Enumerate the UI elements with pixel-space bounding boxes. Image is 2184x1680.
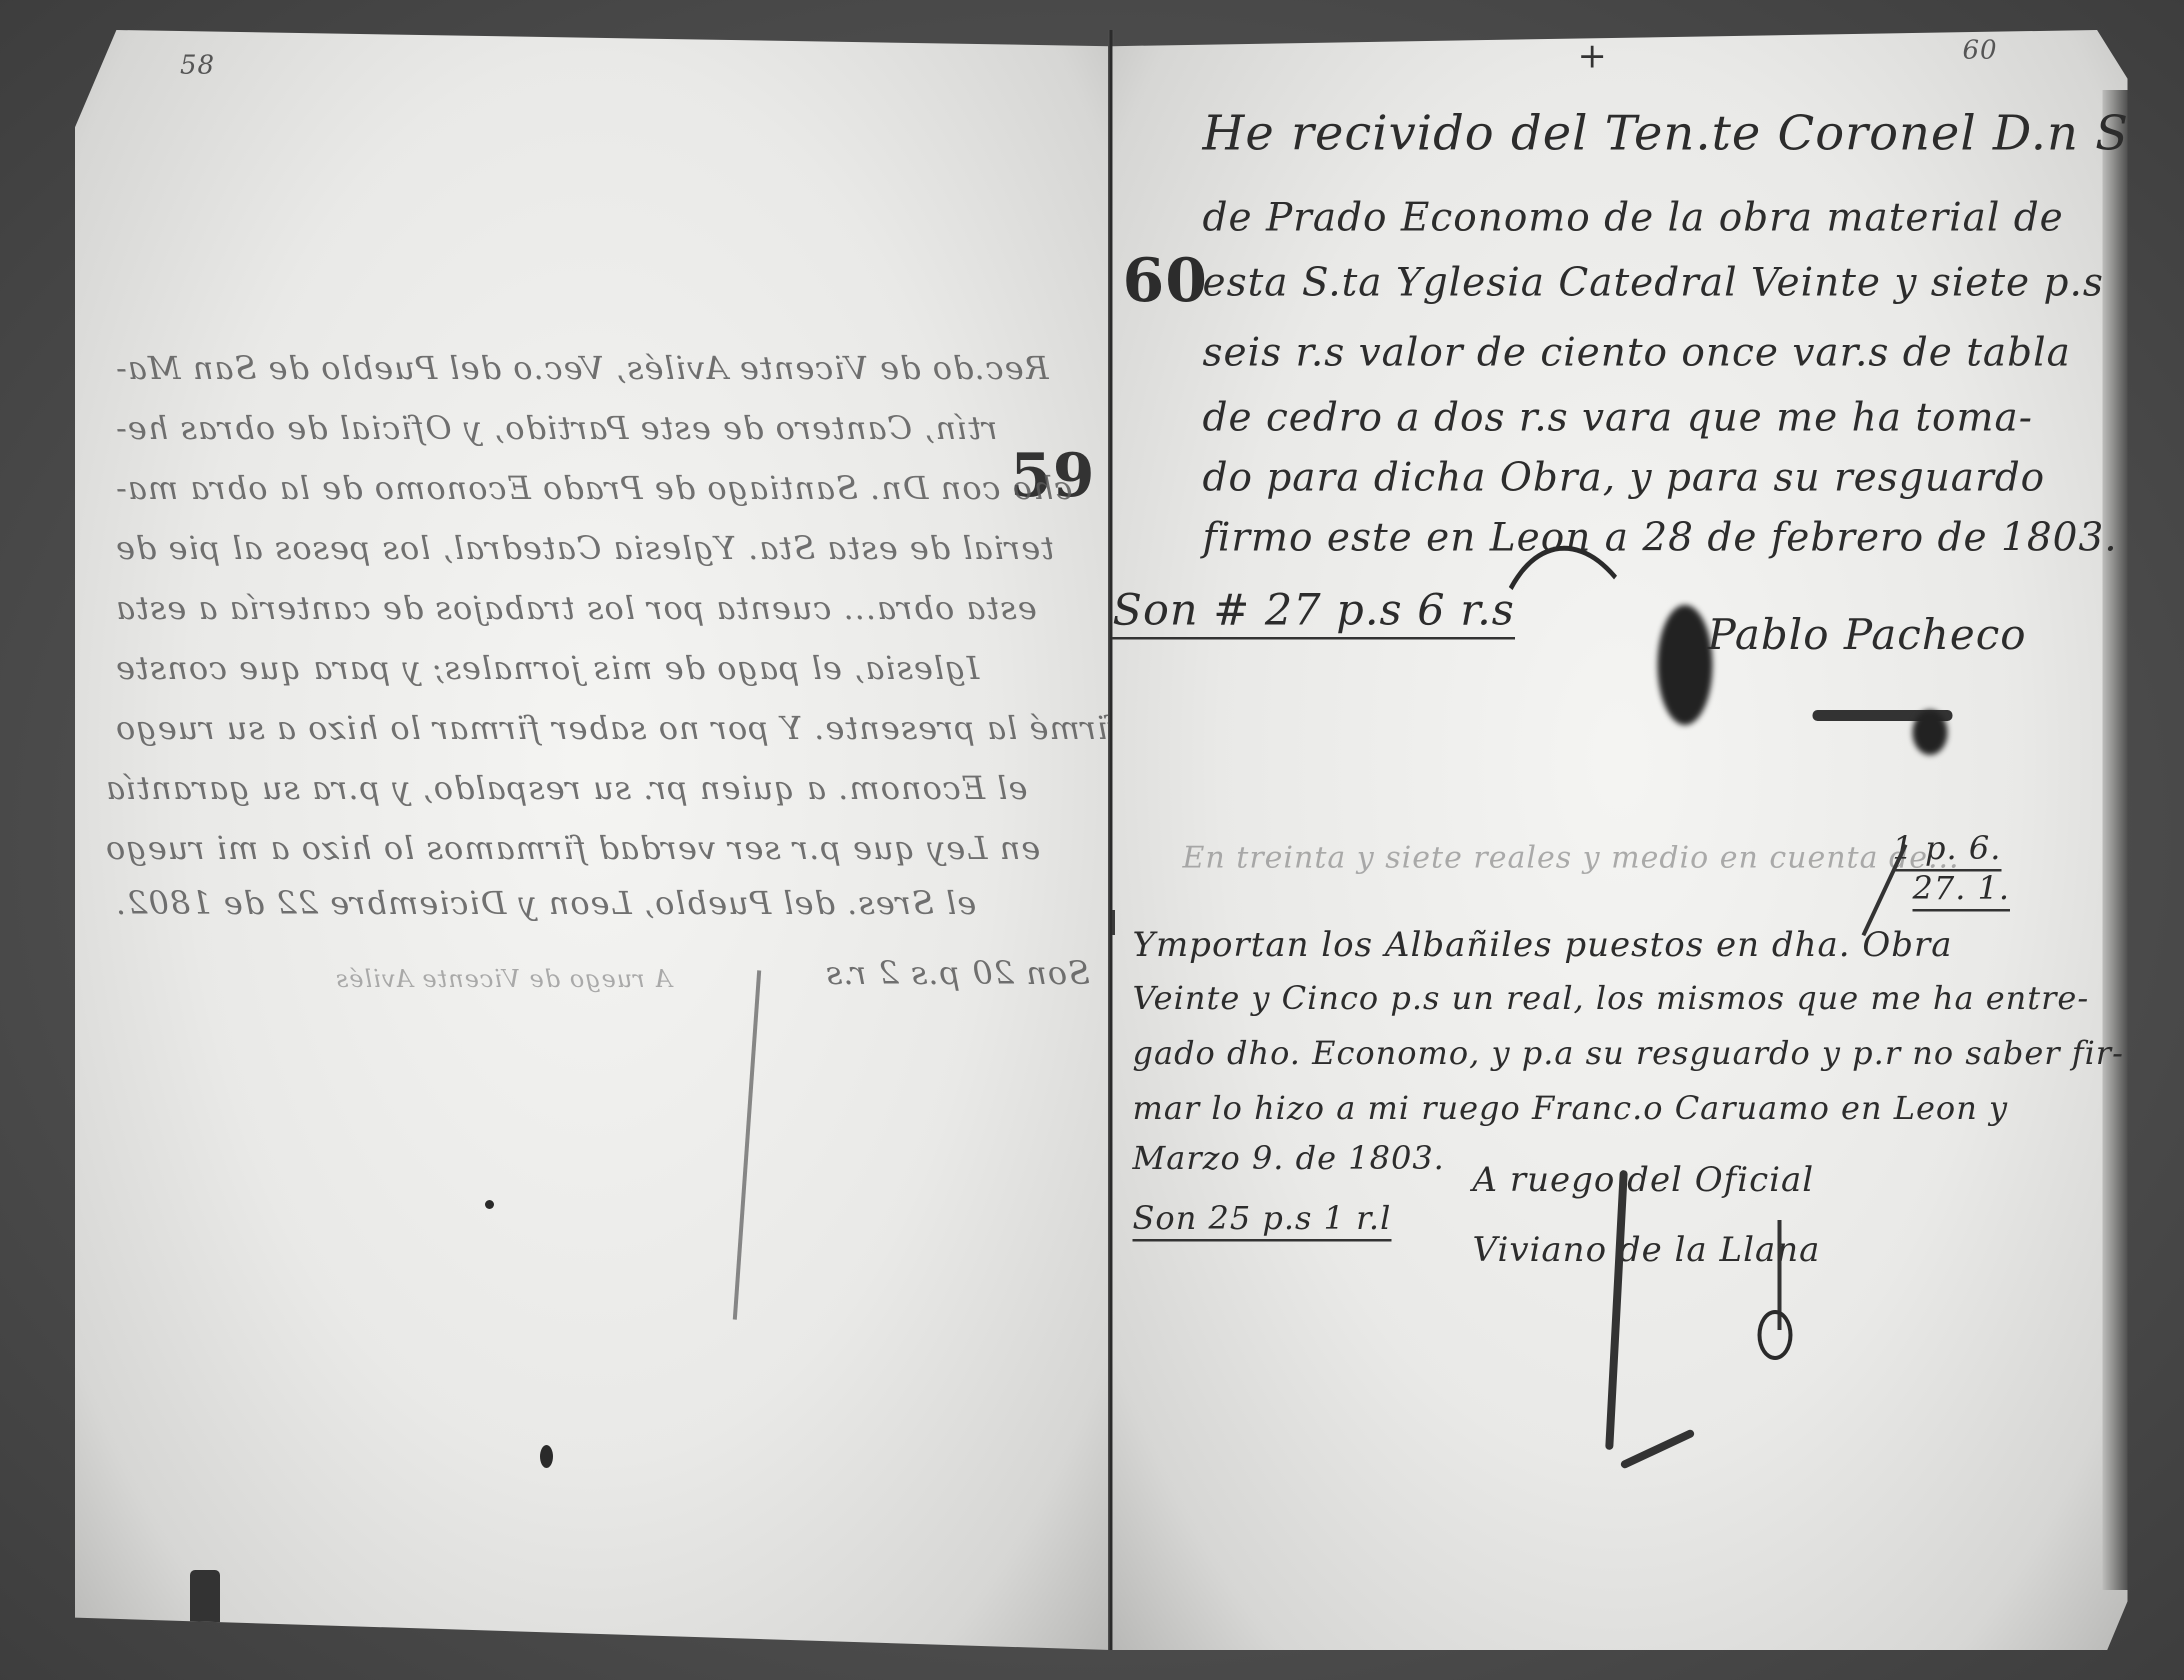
entry2-line: Veinte y Cinco p.s un real, los mismos q… (1132, 980, 2089, 1017)
bleed-line: en Ley que p.r ser verdad firmamos lo hi… (105, 830, 1040, 867)
bleed-line: cho con Dn. Santiago de Prado Economo de… (115, 470, 1072, 507)
ink-blot-bottom (190, 1570, 220, 1650)
tally-amount-1: 1 p. 6. (1892, 830, 2001, 871)
entry2-total: Son 25 p.s 1 r.l (1132, 1200, 1391, 1241)
entry1-line: firmo este en Leon a 28 de febrero de 18… (1202, 515, 2117, 560)
entry1-line: de Prado Economo de la obra material de (1202, 195, 2063, 240)
right-margin-folio: 60 (1122, 245, 1208, 315)
bleed-line: Rec.do de Vicente Avilés, Vec.o del Pueb… (115, 350, 1048, 387)
ink-speck (540, 1445, 553, 1468)
bleed-signature-stroke (733, 970, 761, 1320)
entry2-line: Ymportan los Albañiles puestos en dha. O… (1132, 925, 1952, 964)
entry2-signature-line: Viviano de la Llana (1472, 1230, 1820, 1269)
entry1-signature: Pablo Pacheco (1707, 610, 2026, 659)
signature-hook (1619, 1428, 1695, 1469)
bleed-total: Son 20 p.s 2 r.s (825, 955, 1090, 992)
left-corner-mark: 58 (180, 50, 215, 80)
entry2-line: mar lo hizo a mi ruego Franc.o Caruamo e… (1132, 1090, 2008, 1127)
right-corner-number: 60 (1962, 35, 1997, 65)
entry1-line: esta S.ta Yglesia Catedral Veinte y siet… (1202, 260, 2104, 305)
top-cross-mark: + (1577, 35, 1608, 76)
bleed-line: firmé la presente. Y por no saber firmar… (115, 710, 1110, 747)
ink-speck (485, 1200, 494, 1209)
bleed-line: el Econom. a quien pr. su respaldo, y p.… (105, 770, 1027, 807)
margin-bracket (1112, 910, 1115, 935)
entry1-line: seis r.s valor de ciento once var.s de t… (1202, 330, 2071, 375)
bleed-line: Iglesia, el pago de mis jornales; y para… (115, 650, 979, 687)
tally-faint-line: En treinta y siete reales y medio en cue… (1182, 840, 1959, 875)
open-ledger-book: 58 59 Rec.do de Vicente Avilés, Vec.o de… (75, 30, 2140, 1650)
ink-blot (1657, 605, 1712, 725)
page-edge (2102, 90, 2127, 1590)
entry2-signature-line: A ruego del Oficial (1472, 1160, 1814, 1199)
entry1-line: He recivido del Ten.te Coronel D.n Sant.… (1202, 105, 2127, 161)
rubric-loop (1757, 1310, 1792, 1360)
right-page: + 60 60 He recivido del Ten.te Coronel D… (1112, 30, 2127, 1650)
rubric-end-blot (1912, 710, 1947, 755)
bleed-line: el Sres. del Pueblo, Leon y Diciembre 22… (115, 885, 976, 922)
bleed-line: rtín, Cantero de este Partido, y Oficial… (115, 410, 997, 447)
entry2-line: Marzo 9. de 1803. (1132, 1140, 1445, 1177)
left-page: 58 59 Rec.do de Vicente Avilés, Vec.o de… (75, 30, 1110, 1650)
entry1-line: do para dicha Obra, y para su resguardo (1202, 455, 2045, 500)
entry1-total: Son # 27 p.s 6 r.s (1112, 585, 1515, 639)
entry1-line: de cedro a dos r.s vara que me ha toma- (1202, 395, 2033, 440)
signature-long-stroke (1605, 1170, 1627, 1450)
entry2-line: gado dho. Economo, y p.a su resguardo y … (1132, 1035, 2124, 1072)
tally-amount-2: 27. 1. (1912, 870, 2010, 911)
bleed-line: esta obra... cuenta por los trabajos de … (115, 590, 1036, 627)
bleed-line: terial de esta Sta. Yglesia Catedral, lo… (115, 530, 1054, 567)
bleed-faint-signature: A ruego de Vicente Avilés (335, 965, 671, 993)
